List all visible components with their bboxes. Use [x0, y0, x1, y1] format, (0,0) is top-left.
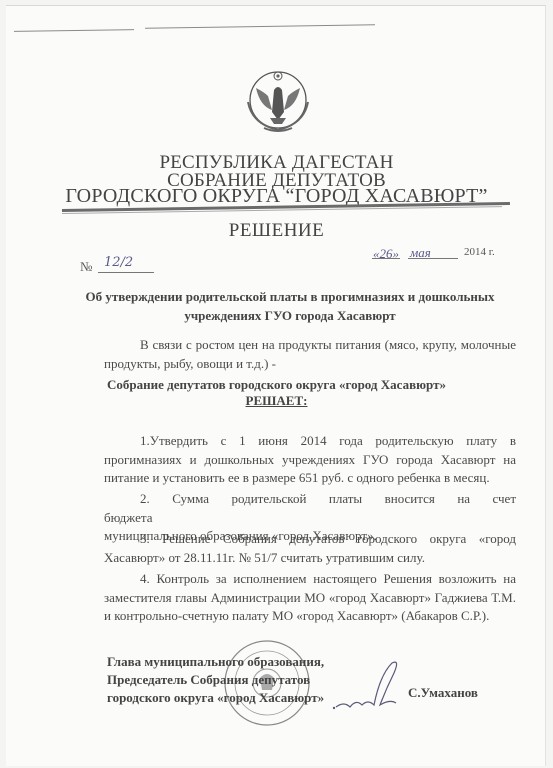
item-1-text: 1.Утвердить с 1 июня 2014 года родительс…	[104, 433, 516, 485]
decides-heading: РЕШАЕТ:	[0, 393, 553, 409]
date-year: 2014 г.	[464, 246, 495, 258]
number-underline	[98, 272, 154, 273]
decision-number: 12/2	[104, 255, 133, 270]
preamble-paragraph: В связи с ростом цен на продукты питания…	[104, 336, 516, 373]
item-4: 4. Контроль за исполнением настоящего Ре…	[104, 570, 516, 626]
signatory-title-2: Председатель Собрания депутатов	[107, 671, 324, 689]
preamble-text: В связи с ростом цен на продукты питания…	[104, 337, 516, 371]
item-3: 3. Решение Собрания депутатов городского…	[104, 530, 516, 567]
date-month-underline	[408, 258, 458, 259]
decision-title: Об утверждении родительской платы в прог…	[60, 287, 520, 325]
assembly-name: Собрание депутатов городского округа «го…	[0, 376, 553, 393]
signatory-title-3: городского округа «город Хасавюрт»	[107, 689, 324, 707]
date-day: «26»	[373, 246, 399, 262]
title-line-1: Об утверждении родительской платы в прог…	[60, 287, 520, 306]
date-day-underline	[372, 258, 400, 259]
document-type: РЕШЕНИЕ	[0, 220, 553, 242]
signature-block: Глава муниципального образования, Предсе…	[107, 653, 324, 707]
signer-name: С.Умаханов	[408, 685, 478, 701]
item-1: 1.Утвердить с 1 июня 2014 года родительс…	[104, 432, 516, 488]
title-line-2: учреждениях ГУО города Хасавюрт	[60, 306, 520, 325]
item-4-text: 4. Контроль за исполнением настоящего Ре…	[104, 571, 516, 623]
item-2-text: 2. Сумма родительской платы вносится на …	[104, 491, 516, 525]
coat-of-arms-icon	[242, 66, 314, 136]
number-label: №	[80, 259, 92, 275]
signatory-title-1: Глава муниципального образования,	[107, 653, 324, 671]
item-3-text: 3. Решение Собрания депутатов городского…	[104, 531, 516, 565]
